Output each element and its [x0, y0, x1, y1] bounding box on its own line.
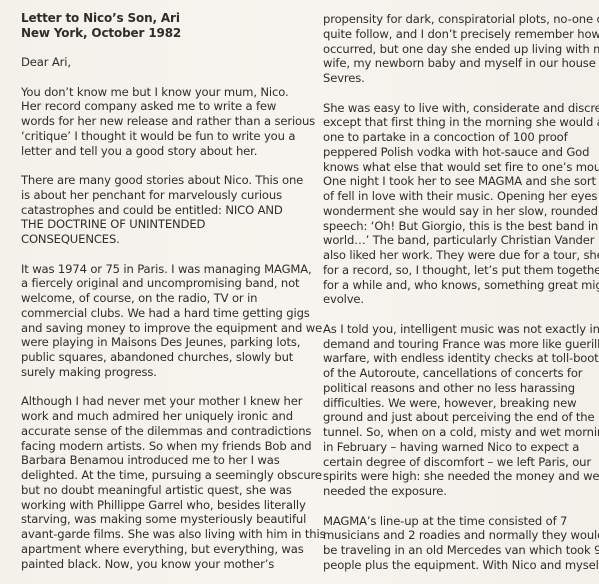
- text-line: facing modern artists. So when my friend…: [21, 439, 299, 454]
- text-line: surely making progress.: [21, 365, 299, 380]
- text-line: As I told you, intelligent music was not…: [323, 322, 593, 337]
- text-line: knows what else that would set fire to o…: [323, 160, 593, 175]
- text-line: of the Autoroute, cancellations of conce…: [323, 366, 593, 381]
- text-line: avant-garde films. She was also living w…: [21, 527, 299, 542]
- paragraph: There are many good stories about Nico. …: [21, 173, 299, 247]
- text-line: in February – having warned Nico to expe…: [323, 440, 593, 455]
- paragraph: As I told you, intelligent music was not…: [323, 322, 593, 499]
- text-line: public squares, abandoned churches, slow…: [21, 350, 299, 365]
- letter-page: Letter to Nico’s Son, Ari New York, Octo…: [0, 0, 599, 584]
- text-line: world…’ The band, particularly Christian…: [323, 233, 593, 248]
- text-line: Although I had never met your mother I k…: [21, 394, 299, 409]
- text-line: Barbara Benamou introduced me to her I w…: [21, 453, 299, 468]
- text-line: propensity for dark, conspiratorial plot…: [323, 12, 593, 27]
- text-line: be traveling in an old Mercedes van whic…: [323, 543, 593, 558]
- text-line: occurred, but one day she ended up livin…: [323, 42, 593, 57]
- text-line: but no doubt meaningful artistic quest, …: [21, 483, 299, 498]
- text-line: peppered Polish vodka with hot-sauce and…: [323, 145, 593, 160]
- left-paragraphs: You don’t know me but I know your mum, N…: [21, 85, 299, 572]
- paragraph: MAGMA’s line-up at the time consisted of…: [323, 514, 593, 573]
- text-line: catastrophes and could be entitled: NICO…: [21, 203, 299, 218]
- salutation: Dear Ari,: [21, 55, 299, 70]
- text-line: except that first thing in the morning s…: [323, 115, 593, 130]
- text-line: wife, my newborn baby and myself in our …: [323, 56, 593, 71]
- text-line: one to partake in a concoction of 100 pr…: [323, 130, 593, 145]
- text-line: quite follow, and I don’t precisely reme…: [323, 27, 593, 42]
- text-line: speech: ‘Oh! But Giorgio, this is the be…: [323, 219, 593, 234]
- text-line: letter and tell you a good story about h…: [21, 144, 299, 159]
- text-line: a fiercely original and uncompromising b…: [21, 276, 299, 291]
- paragraph: propensity for dark, conspiratorial plot…: [323, 12, 593, 86]
- text-line: musicians and 2 roadies and normally the…: [323, 528, 593, 543]
- text-line: warfare, with endless identity checks at…: [323, 351, 593, 366]
- text-line: were playing in Maisons Des Jeunes, park…: [21, 335, 299, 350]
- text-line: is about her penchant for marvelously cu…: [21, 188, 299, 203]
- text-line: work and much admired her uniquely ironi…: [21, 409, 299, 424]
- text-line: ground and just about perceiving the end…: [323, 410, 593, 425]
- paragraph: You don’t know me but I know your mum, N…: [21, 85, 299, 159]
- text-line: accurate sense of the dilemmas and contr…: [21, 424, 299, 439]
- text-line: for a record, so, I thought, let’s put t…: [323, 263, 593, 278]
- text-line: people plus the equipment. With Nico and…: [323, 558, 593, 573]
- text-line: starving, was making some mysteriously b…: [21, 512, 299, 527]
- text-line: working with Phillippe Garrel who, besid…: [21, 498, 299, 513]
- paragraph: Although I had never met your mother I k…: [21, 394, 299, 571]
- left-column: Letter to Nico’s Son, Ari New York, Octo…: [21, 11, 299, 584]
- paragraph: It was 1974 or 75 in Paris. I was managi…: [21, 262, 299, 380]
- text-line: CONSEQUENCES.: [21, 232, 299, 247]
- text-line: ‘critique’ I thought it would be fun to …: [21, 129, 299, 144]
- text-line: You don’t know me but I know your mum, N…: [21, 85, 299, 100]
- text-line: certain degree of discomfort – we left P…: [323, 455, 593, 470]
- text-line: It was 1974 or 75 in Paris. I was managi…: [21, 262, 299, 277]
- text-line: One night I took her to see MAGMA and sh…: [323, 174, 593, 189]
- text-line: delighted. At the time, pursuing a seemi…: [21, 468, 299, 483]
- text-line: words for her new release and rather tha…: [21, 114, 299, 129]
- text-line: of fell in love with their music. Openin…: [323, 189, 593, 204]
- text-line: demand and touring France was more like …: [323, 337, 593, 352]
- text-line: MAGMA’s line-up at the time consisted of…: [323, 514, 593, 529]
- text-line: wonderment she would say in her slow, ro…: [323, 204, 593, 219]
- paragraph: She was easy to live with, considerate a…: [323, 101, 593, 308]
- right-paragraphs: propensity for dark, conspiratorial plot…: [323, 12, 593, 573]
- text-line: Her record company asked me to write a f…: [21, 99, 299, 114]
- text-line: spirits were high: she needed the money …: [323, 469, 593, 484]
- text-line: needed the exposure.: [323, 484, 593, 499]
- text-line: also liked her work. They were due for a…: [323, 248, 593, 263]
- text-line: and saving money to improve the equipmen…: [21, 321, 299, 336]
- text-line: Sevres.: [323, 71, 593, 86]
- text-line: political reasons and other no less hara…: [323, 381, 593, 396]
- letter-title: Letter to Nico’s Son, Ari: [21, 11, 299, 26]
- text-line: evolve.: [323, 292, 593, 307]
- text-line: THE DOCTRINE OF UNINTENDED: [21, 217, 299, 232]
- letter-place-date: New York, October 1982: [21, 26, 299, 41]
- right-column: propensity for dark, conspiratorial plot…: [323, 12, 593, 584]
- text-line: There are many good stories about Nico. …: [21, 173, 299, 188]
- text-line: apartment where everything, but everythi…: [21, 542, 299, 557]
- text-line: painted black. Now, you know your mother…: [21, 557, 299, 572]
- text-line: welcome, of course, on the radio, TV or …: [21, 291, 299, 306]
- text-line: tunnel. So, when on a cold, misty and we…: [323, 425, 593, 440]
- text-line: for a while and, who knows, something gr…: [323, 278, 593, 293]
- text-line: difficulties. We were, however, breaking…: [323, 396, 593, 411]
- text-line: commercial clubs. We had a hard time get…: [21, 306, 299, 321]
- text-line: She was easy to live with, considerate a…: [323, 101, 593, 116]
